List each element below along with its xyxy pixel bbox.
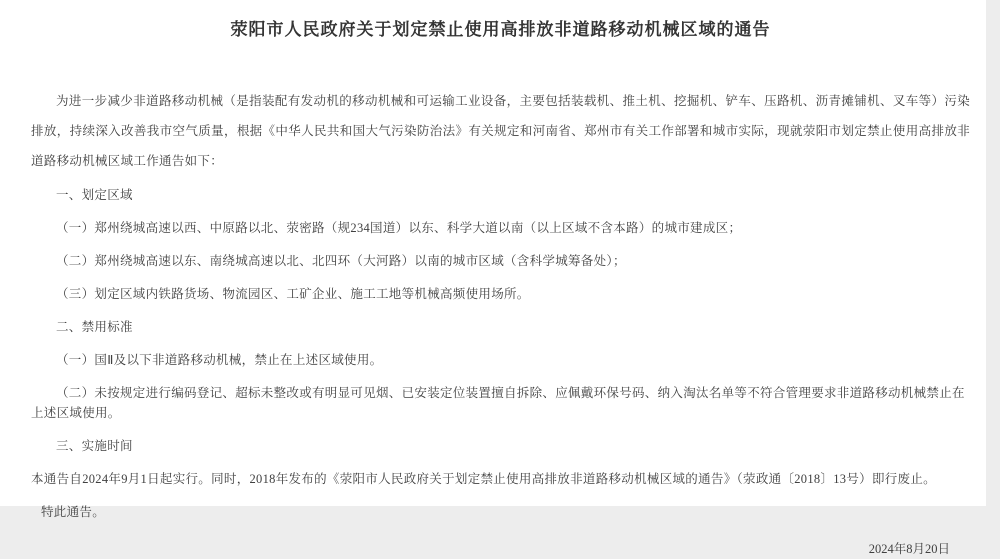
section-1-item-3: （三）划定区域内铁路货场、物流园区、工矿企业、施工工地等机械高频使用场所。 bbox=[31, 277, 970, 310]
page-title: 荥阳市人民政府关于划定禁止使用高排放非道路移动机械区域的通告 bbox=[31, 0, 970, 40]
section-2-heading: 二、禁用标准 bbox=[31, 310, 970, 343]
section-3-heading: 三、实施时间 bbox=[31, 429, 970, 462]
closing-line: 特此通告。 bbox=[31, 495, 970, 519]
section-2-item-1: （一）国Ⅱ及以下非道路移动机械，禁止在上述区域使用。 bbox=[31, 343, 970, 376]
intro-paragraph: 为进一步减少非道路移动机械（是指装配有发动机的移动机械和可运输工业设备，主要包括… bbox=[31, 86, 970, 176]
section-2-item-2: （二）未按规定进行编码登记、超标未整改或有明显可见烟、已安装定位装置擅自拆除、应… bbox=[31, 376, 970, 429]
section-1-heading: 一、划定区域 bbox=[31, 178, 970, 211]
section-1-item-1: （一）郑州绕城高速以西、中原路以北、荥密路（规234国道）以东、科学大道以南（以… bbox=[31, 211, 970, 244]
implementation-paragraph: 本通告自2024年9月1日起实行。同时，2018年发布的《荥阳市人民政府关于划定… bbox=[31, 462, 970, 495]
notice-document: 荥阳市人民政府关于划定禁止使用高排放非道路移动机械区域的通告 为进一步减少非道路… bbox=[0, 0, 986, 506]
section-1-item-2: （二）郑州绕城高速以东、南绕城高速以北、北四环（大河路）以南的城市区域（含科学城… bbox=[31, 244, 970, 277]
